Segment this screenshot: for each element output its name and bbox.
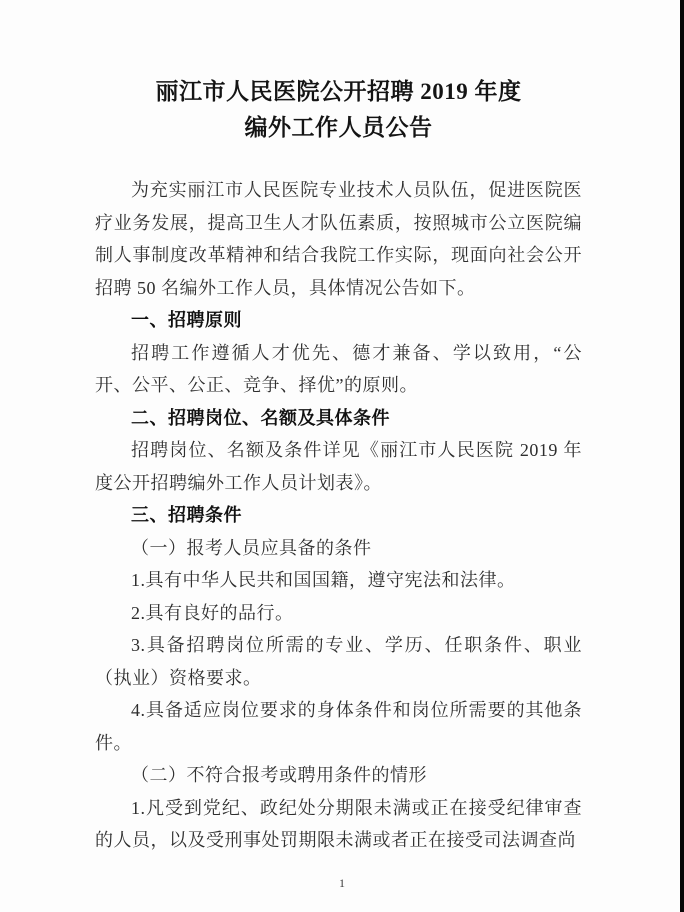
section-heading-positions-quota-conditions: 二、招聘岗位、名额及具体条件 [95,402,582,435]
list-item: 3.具备招聘岗位所需的专业、学历、任职条件、职业（执业）资格要求。 [95,629,582,694]
document-page: 丽江市人民医院公开招聘 2019 年度 编外工作人员公告 为充实丽江市人民医院专… [0,0,684,912]
section-heading-recruitment-requirements: 三、招聘条件 [95,499,582,532]
document-content: 丽江市人民医院公开招聘 2019 年度 编外工作人员公告 为充实丽江市人民医院专… [95,74,582,857]
document-title-line-2: 编外工作人员公告 [245,115,433,140]
scan-edge-strip [680,0,684,912]
document-title-line-1: 丽江市人民医院公开招聘 2019 年度 [156,79,522,104]
section-heading-recruitment-principles: 一、招聘原则 [95,304,582,337]
document-title: 丽江市人民医院公开招聘 2019 年度 编外工作人员公告 [95,74,582,146]
list-item: 4.具备适应岗位要求的身体条件和岗位所需要的其他条件。 [95,694,582,759]
subsection-heading-required-qualifications: （一）报考人员应具备的条件 [95,532,582,565]
intro-paragraph: 为充实丽江市人民医院专业技术人员队伍，促进医院医疗业务发展，提高卫生人才队伍素质… [95,174,582,304]
section-paragraph: 招聘工作遵循人才优先、德才兼备、学以致用，“公开、公平、公正、竞争、择优”的原则… [95,337,582,402]
list-item: 1.具有中华人民共和国国籍，遵守宪法和法律。 [95,564,582,597]
list-item: 1.凡受到党纪、政纪处分期限未满或正在接受纪律审查的人员，以及受刑事处罚期限未满… [95,792,582,857]
page-number: 1 [0,876,684,891]
section-paragraph: 招聘岗位、名额及条件详见《丽江市人民医院 2019 年度公开招聘编外工作人员计划… [95,434,582,499]
subsection-heading-disqualifying-circumstances: （二）不符合报考或聘用条件的情形 [95,759,582,792]
list-item: 2.具有良好的品行。 [95,597,582,630]
